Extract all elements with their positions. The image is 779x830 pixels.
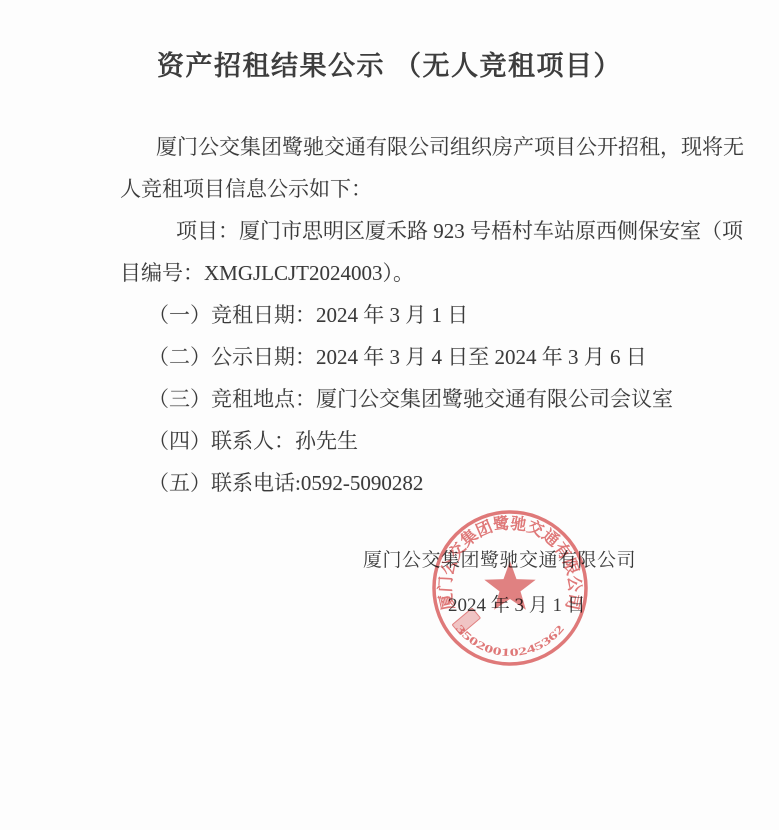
list-item: （四）联系人：孙先生 [120,420,668,462]
signature-company: 厦门公交集团鹭驰交通有限公司 [363,540,636,582]
project-line-2: 目编号：XMGJLCJT2024003）。 [120,252,668,294]
list-item: （三）竞租地点：厦门公交集团鹭驰交通有限公司会议室 [120,378,668,420]
signature-date: 2024 年 3 月 1 日 [448,585,586,627]
list-item: （一）竞租日期：2024 年 3 月 1 日 [120,294,668,336]
intro-line-2: 人竞租项目信息公示如下： [120,168,668,210]
intro-line-1: 厦门公交集团鹭驰交通有限公司组织房产项目公开招租，现将无 [120,126,668,168]
list-item: （五）联系电话:0592-5090282 [120,462,668,504]
project-line-1: 项目：厦门市思明区厦禾路 923 号梧村车站原西侧保安室（项 [120,210,668,252]
document-page: 资产招租结果公示 （无人竞租项目） 厦门公交集团鹭驰交通有限公司组织房产项目公开… [0,0,779,830]
document-body: 厦门公交集团鹭驰交通有限公司组织房产项目公开招租，现将无 人竞租项目信息公示如下… [120,126,668,504]
seal-serial-number: 35020010245362 [453,622,567,659]
document-title: 资产招租结果公示 （无人竞租项目） [0,44,779,83]
list-item: （二）公示日期：2024 年 3 月 4 日至 2024 年 3 月 6 日 [120,336,668,378]
